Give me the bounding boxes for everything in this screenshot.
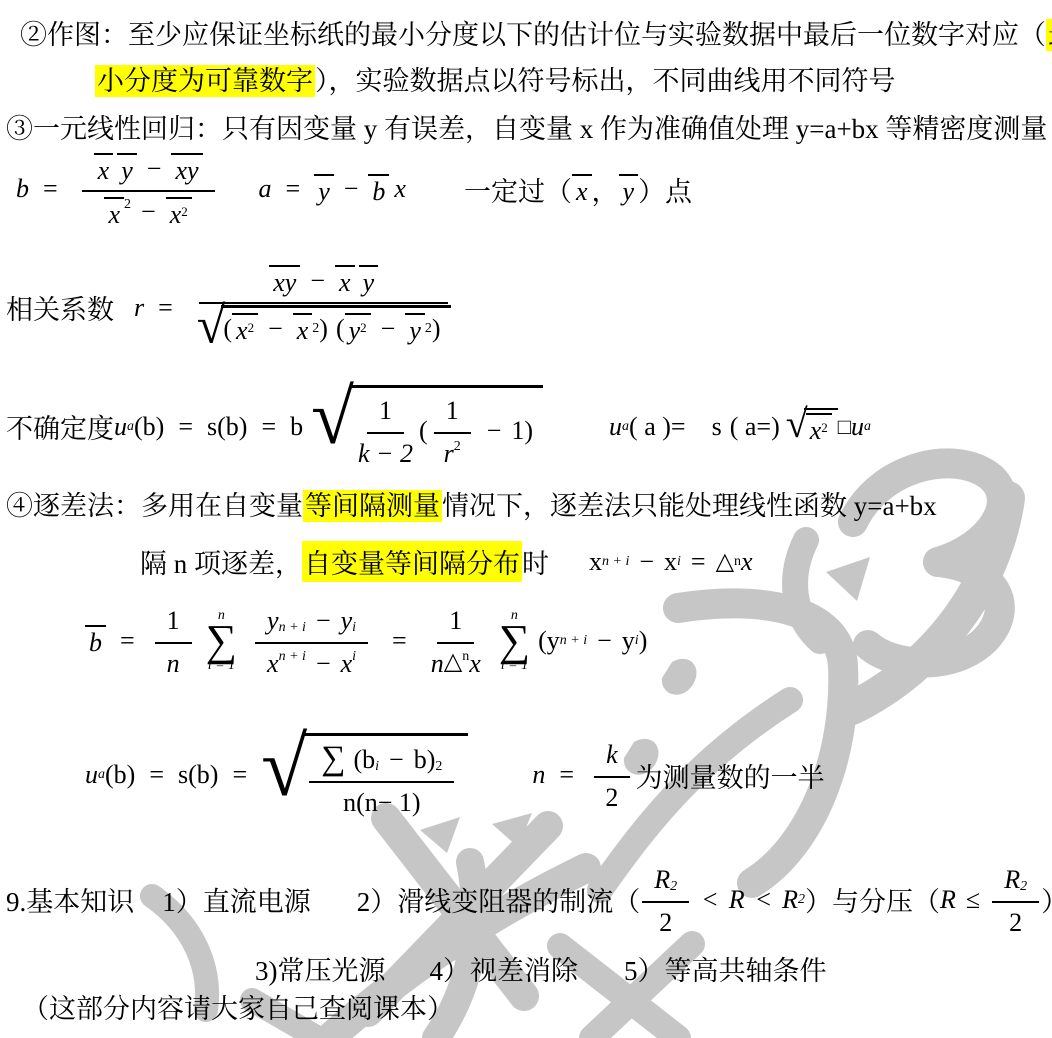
delta-triangle: △ [444,649,462,677]
equals-sign: = [158,293,173,323]
mean-slope-formula-row: b = 1 n n ∑ i = 1 yn + i − yi xn + i − x… [85,603,647,679]
ybar: y [117,153,137,184]
radical-sign: √ [197,303,226,351]
sigma-sign: ∑ [499,623,530,659]
one: 1 [511,416,524,446]
r2-over-2: R2 2 [992,862,1039,938]
var-n: n [532,760,545,790]
close-paren: ) [427,745,436,775]
var-y-roman: y [547,626,560,656]
minus-sign: − [268,314,283,344]
numerator-1: 1 [367,393,404,434]
passes-point-pre: 一定过（ [464,170,572,209]
equals-sign: = [286,174,301,204]
ybar-squared: y [405,313,425,344]
var-y: y [349,316,361,345]
sub-n-plus-i: n + i [279,620,306,636]
sec3-text: ③一元线性回归：只有因变量 y 有误差，自变量 x 作为准确值处理 y=a+bx… [6,114,1047,144]
func-s: s [712,412,722,442]
sec9-item2-pre: 2）滑线变阻器的制流（ [357,880,641,919]
sec9-item2-mid: ）与分压（ [805,880,940,919]
var-y-roman: y [622,626,635,656]
var-u: u [609,412,622,442]
xbar: x [572,174,592,205]
sec4-post: 情况下，逐差法只能处理线性函数 y=a+bx [442,491,937,521]
var-R: R [729,885,745,915]
uncert-label: 不确定度 [6,407,114,446]
numerator-1: 1 [155,603,192,644]
close-paren: ) [319,314,328,344]
var-u: u [114,412,127,442]
paren-b: (b) [188,760,218,790]
sub-i: i [352,620,356,636]
minus-sign: − [147,154,162,184]
minus-sign: − [639,547,654,577]
minus-sign: − [310,266,325,296]
sec2-text: ②作图：至少应保证坐标纸的最小分度以下的估计位与实验数据中最后一位数字对应（ [20,20,1046,50]
less-than-sign: < [701,885,719,915]
corr-label: 相关系数 [6,288,114,327]
square-root: √ ( x2 − x2 ) ( y2 − y2 ) [197,305,451,353]
radical-sign: √ [786,406,808,443]
sec2-graphing-line1: ②作图：至少应保证坐标纸的最小分度以下的估计位与实验数据中最后一位数字对应（最 [20,16,1052,55]
var-y: y [267,606,279,636]
paren-a-eq2: ( a=) [730,412,780,442]
func-s: s [178,760,188,790]
minus-sign: − [344,174,359,204]
sum-lower-i1: i = 1 [501,659,528,673]
equals-sign: = [178,412,193,442]
exponent-2: 2 [312,321,319,337]
open-paren: ( [538,626,547,656]
var-r: r [444,439,454,469]
less-than-sign: < [755,885,773,915]
var-b: b [290,412,303,442]
sub-n-plus-i: n + i [279,649,306,665]
k-over-2: k 2 [594,737,630,813]
minus-sign: − [381,314,396,344]
missing-glyph-box: □ [838,414,851,440]
sec9-item1: 1）直流电源 [162,880,311,919]
var-y: y [341,606,353,636]
denominator-k-minus-2: k − 2 [358,434,413,469]
exponent-2: 2 [435,759,442,775]
exponent-2: 2 [248,320,255,335]
equals-sign: = [120,626,135,656]
diff-quotient-fraction: yn + i − yi xn + i − xi [255,603,368,679]
equals-sign: = [43,174,58,204]
x-squared-mean: x2 [232,313,258,344]
var-x-roman: x [589,547,602,577]
radical-sign: √ [261,729,307,806]
highlight-equal-distribution: 自变量等间隔分布 [302,541,522,582]
watermark-stroke [852,498,1008,708]
var-a: a [259,174,272,204]
numerator-k: k [594,737,630,778]
minus-sign: − [316,606,331,636]
slope-intercept-formula-row: b = xy − xy x2 − x2 a = y − b x 一定过（ x ，… [16,150,692,229]
sec3-regression-line: ③一元线性回归：只有因变量 y 有误差，自变量 x 作为准确值处理 y=a+bx… [6,110,1047,149]
denominator-n-n-1: n(n− 1) [343,783,420,818]
minus-sign: − [389,745,404,775]
var-R: R [1004,865,1020,895]
sec9-basics-row: 9.基本知识 1）直流电源 2）滑线变阻器的制流（ R2 2 < R < R2 … [6,862,1052,938]
denominator-2: 2 [605,778,618,813]
ybar: y [314,174,334,205]
sec4-successive-diff-line: ④逐差法：多用在自变量等间隔测量情况下，逐差法只能处理线性函数 y=a+bx [6,487,937,526]
sub-a: a [98,767,105,783]
var-x: x [267,649,279,679]
one-over-n: 1 n [155,603,192,679]
var-b: b [16,174,29,204]
interval-n-row: 隔 n 项逐差， 自变量等间隔分布 时 xn + i − xi = △nx [140,541,753,582]
sub-n-plus-i: n + i [602,554,629,570]
var-b-roman: b [362,745,375,775]
summation: n ∑ i = 1 [499,609,530,673]
slope-fraction: xy − xy x2 − x2 [82,150,215,229]
delta-triangle: △ [716,547,734,576]
exponent-2: 2 [821,420,828,435]
highlight-min-division: 小分度为可靠数字 [95,65,315,97]
sub-a: a [622,419,629,435]
equals-sign: = [691,547,706,577]
summation: n ∑ i = 1 [206,609,237,673]
watermark-blob [492,813,532,847]
square-root: √ 1 k − 2 ( 1 r2 − 1) [311,385,543,469]
bbar: b [368,174,389,205]
close-paren: ) [432,314,441,344]
xy-mean: xy [269,265,300,296]
x-squared-mean: x2 [166,197,192,228]
var-x: x [236,316,248,345]
var-u: u [851,412,864,442]
one-over-k-minus-2: 1 k − 2 [358,393,413,469]
paren-b: (b) [105,760,135,790]
var-R: R [940,885,956,915]
sub-i: i [352,649,356,665]
sec9-item2-post: ） [1041,880,1052,919]
sum-lower-i1: i = 1 [208,659,235,673]
square-root-small: √ x2 [786,408,838,445]
equals-sign: = [232,760,247,790]
denominator-2: 2 [1009,903,1022,938]
exponent-2: 2 [425,321,432,337]
xbar-squared: x [104,197,124,228]
var-x: x [394,174,406,204]
uncertainty-mean-slope-row: ua(b) = s(b) = √ ∑ ( bi − b)2 n(n− 1) n … [85,733,825,817]
sec4-pre: ④逐差法：多用在自变量 [6,491,303,521]
closing-note-line: （这部分内容请大家自己查阅课本） [22,990,454,1029]
watermark-blob [662,659,697,695]
var-n: n [431,649,444,679]
numerator-1: 1 [434,393,471,434]
sigma-sign: ∑ [321,744,345,775]
equals-sign: = [149,760,164,790]
sigma-sign: ∑ [206,623,237,659]
bbar: b [85,625,106,656]
watermark-stroke [868,562,1000,663]
watermark-blob [826,557,870,601]
var-r: r [134,293,144,323]
sub-i: i [375,759,379,775]
ybar: y [619,174,639,205]
sub-a: a [127,419,134,435]
y-squared-mean: y2 [345,313,371,344]
sec9-label: 9.基本知识 [6,880,134,919]
numerator-1: 1 [437,603,474,644]
var-R: R [782,885,798,915]
sub-n: n [734,554,741,570]
watermark-stroke [795,540,820,641]
var-x: x [170,200,182,229]
close-paren: ) [639,626,648,656]
sub-a: a [864,419,871,435]
watermark-blob [420,817,460,853]
comma: ， [592,170,619,209]
sub-2: 2 [670,879,677,895]
var-u: u [85,760,98,790]
sub-2: 2 [1020,879,1027,895]
x-squared-mean: x2 [806,413,832,444]
open-paren: ( [419,416,428,446]
paren-b: (b) [134,412,164,442]
exponent-2: 2 [360,320,367,335]
minus-sign: − [316,649,331,679]
sec2-graphing-line2: 小分度为可靠数字），实验数据点以符号标出，不同曲线用不同符号 [95,62,896,101]
highlight-zui: 最 [1046,19,1052,51]
sub-2: 2 [798,892,805,908]
open-paren: ( [336,314,345,344]
sec2-text-rest: ），实验数据点以符号标出，不同曲线用不同符号 [315,66,896,96]
close-paren: ) [524,416,533,446]
highlight-equal-interval: 等间隔测量 [303,490,442,522]
uncertainty-b-row: 不确定度 ua(b) = s(b) = b √ 1 k − 2 ( 1 r2 −… [6,385,871,469]
exponent-2: 2 [181,204,188,219]
radical-sign: √ [311,381,354,453]
xbar-squared: x [293,313,313,344]
minus-sign: − [597,626,612,656]
sub-n-plus-i: n + i [560,633,587,649]
var-x: x [341,649,353,679]
r2-over-2: R2 2 [642,862,689,938]
sec9-item4: 4）视差消除 [430,956,579,986]
paren-b: (b) [217,412,247,442]
var-x: x [741,547,753,577]
sep-post: 时 [522,542,549,581]
func-s: s [207,412,217,442]
xbar: x [94,153,114,184]
open-paren: ( [353,745,362,775]
passes-point-post: ）点 [638,170,692,209]
equals-sign: = [392,626,407,656]
sec9-item3: 3)常压光源 [255,956,386,986]
minus-sign: − [487,416,502,446]
variance-fraction: ∑ ( bi − b)2 n(n− 1) [309,741,454,817]
var-x: x [810,416,822,445]
sep-pre: 隔 n 项逐差， [140,542,302,581]
one-over-r-squared: 1 r2 [434,393,471,469]
closing-note: （这部分内容请大家自己查阅课本） [22,994,454,1024]
less-equal-sign: ≤ [966,885,980,915]
sub-i: i [677,554,681,570]
paren-a-eq: ( a )= [629,412,686,442]
xbar: x [335,265,355,296]
var-x-roman: x [664,547,677,577]
exponent-2: 2 [124,197,131,213]
var-R: R [654,865,670,895]
sec9-item5: 5）等高共轴条件 [624,956,827,986]
denominator-n: n [167,644,180,679]
equals-sign: = [559,760,574,790]
ybar: y [359,265,379,296]
sec9-items-345-line: 3)常压光源4）视差消除5）等高共轴条件 [255,952,827,991]
minus-sign: − [141,197,156,227]
equals-sign: = [261,412,276,442]
denominator-2: 2 [659,903,672,938]
correlation-coefficient-row: 相关系数 r = xy − xy √ ( x2 − x2 ) ( y2 − y2 [6,262,461,353]
var-b-roman: b [414,745,427,775]
correlation-fraction: xy − xy √ ( x2 − x2 ) ( y2 − y2 ) [197,262,451,353]
one-over-n-delta-x: 1 n△nx [431,603,481,679]
half-note: 为测量数的一半 [636,756,825,795]
exponent-2: 2 [454,439,461,455]
square-root: √ ∑ ( bi − b)2 n(n− 1) [261,733,468,817]
xy-mean: xy [171,153,202,184]
var-x: x [469,649,481,679]
